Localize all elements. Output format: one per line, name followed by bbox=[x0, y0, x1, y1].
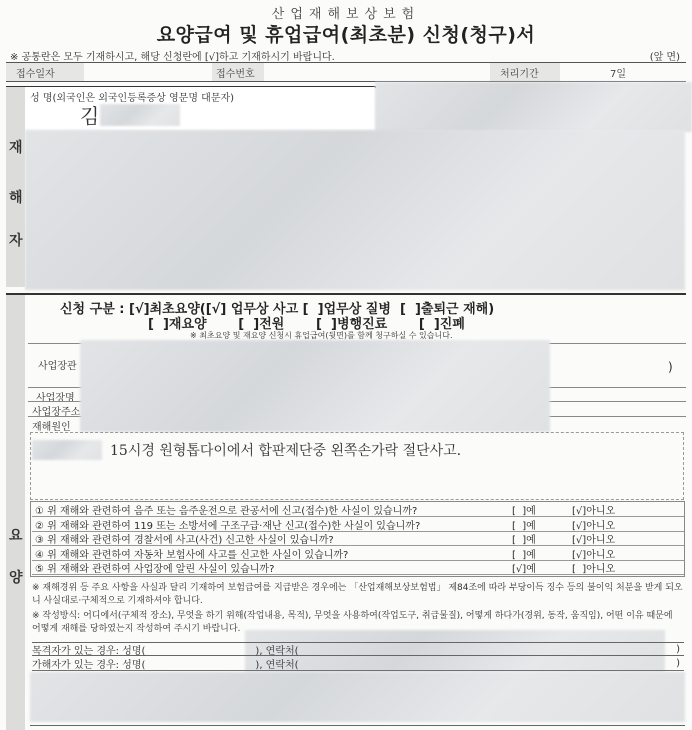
accident-cause-label: 재해원인 bbox=[32, 418, 71, 433]
redacted-name bbox=[100, 104, 180, 126]
answer-yes-checkbox[interactable]: [ ]예 bbox=[512, 531, 572, 546]
answer-no-checkbox[interactable]: [ ]아니오 bbox=[572, 560, 615, 575]
application-type-label: 신청 구분 : bbox=[60, 302, 124, 317]
business-manager-label: 사업장관 bbox=[38, 357, 77, 372]
offender-name-label: 가해자가 있는 경우: 성명( bbox=[32, 656, 145, 671]
receipt-row: 접수일자 접수번호 처리기간 7일 bbox=[6, 62, 686, 82]
processing-period-label: 처리기간 bbox=[490, 63, 560, 81]
paren-close: ) bbox=[668, 360, 673, 374]
question-text: ② 위 재해와 관련하여 119 또는 소방서에 구조구급·재난 신고(접수)한… bbox=[32, 517, 512, 532]
redacted-bottom bbox=[30, 672, 685, 722]
receipt-number-field[interactable] bbox=[264, 63, 490, 81]
redacted-victim-details bbox=[25, 130, 685, 290]
care-section-label: 요 양 bbox=[6, 295, 25, 730]
divider bbox=[30, 725, 685, 726]
question-text: ① 위 재해와 관련하여 음주 또는 음주운전으로 관공서에 신고(접수)한 사… bbox=[32, 502, 512, 517]
processing-period-value: 7일 bbox=[560, 63, 686, 81]
question-text: ③ 위 재해와 관련하여 경찰서에 사고(사건) 신고한 사실이 있습니까? bbox=[32, 531, 512, 546]
question-text: ⑤ 위 재해와 관련하여 사업장에 알린 사실이 있습니까? bbox=[32, 560, 512, 575]
answer-yes-checkbox[interactable]: [ ]예 bbox=[512, 517, 572, 532]
divider bbox=[6, 293, 686, 295]
page-side-label: (앞 면) bbox=[650, 48, 680, 63]
form-title: 요양급여 및 휴업급여(최초분) 신청(청구)서 bbox=[0, 20, 692, 47]
question-row: ③ 위 재해와 관련하여 경찰서에 사고(사건) 신고한 사실이 있습니까?[ … bbox=[32, 532, 684, 546]
redacted-area bbox=[375, 82, 692, 132]
redacted-date bbox=[32, 440, 102, 460]
offender-contact-label: ), 연락처( bbox=[255, 656, 298, 671]
fill-notice: ※ 공통란은 모두 기재하시고, 해당 신청란에 [√]하고 기재하시기 바랍니… bbox=[10, 48, 335, 63]
answer-yes-checkbox[interactable]: [ ]예 bbox=[512, 502, 572, 517]
witness-name-label: 목격자가 있는 경우: 성명( bbox=[32, 642, 145, 657]
question-row: ⑤ 위 재해와 관련하여 사업장에 알린 사실이 있습니까?[√]예[ ]아니오 bbox=[32, 561, 684, 575]
accident-description[interactable]: 15시경 원형톱다이에서 합판제단중 왼쪽손가락 절단사고. bbox=[110, 440, 461, 460]
receipt-number-label: 접수번호 bbox=[212, 63, 264, 81]
answer-no-checkbox[interactable]: [√]아니오 bbox=[572, 546, 615, 561]
victim-section-label: 재 해 자 bbox=[6, 87, 25, 287]
victim-name-label: 성 명(외국인은 외국인등록증상 영문명 대문자) bbox=[30, 89, 234, 104]
victim-name-value[interactable]: 김 bbox=[80, 100, 99, 129]
question-row: ① 위 재해와 관련하여 음주 또는 음주운전으로 관공서에 신고(접수)한 사… bbox=[32, 503, 684, 517]
answer-no-checkbox[interactable]: [√]아니오 bbox=[572, 502, 615, 517]
redacted-business-info bbox=[80, 340, 550, 432]
answer-no-checkbox[interactable]: [√]아니오 bbox=[572, 531, 615, 546]
offender-row: 가해자가 있는 경우: 성명( ), 연락처( ) bbox=[32, 657, 684, 671]
answer-no-checkbox[interactable]: [√]아니오 bbox=[572, 517, 615, 532]
receipt-date-label: 접수일자 bbox=[6, 63, 84, 81]
answer-yes-checkbox[interactable]: [ ]예 bbox=[512, 546, 572, 561]
witness-row: 목격자가 있는 경우: 성명( ), 연락처( ) bbox=[32, 642, 684, 656]
question-row: ④ 위 재해와 관련하여 자동차 보험사에 사고를 신고한 사실이 있습니까?[… bbox=[32, 547, 684, 561]
false-claim-note: ※ 재해경위 등 주요 사항을 사실과 달리 기재하여 보험급여를 지급받은 경… bbox=[32, 582, 684, 608]
receipt-date-field[interactable] bbox=[84, 63, 212, 81]
question-text: ④ 위 재해와 관련하여 자동차 보험사에 사고를 신고한 사실이 있습니까? bbox=[32, 546, 512, 561]
answer-yes-checkbox[interactable]: [√]예 bbox=[512, 560, 572, 575]
question-row: ② 위 재해와 관련하여 119 또는 소방서에 구조구급·재난 신고(접수)한… bbox=[32, 518, 684, 532]
witness-contact-label: ), 연락처( bbox=[255, 642, 298, 657]
